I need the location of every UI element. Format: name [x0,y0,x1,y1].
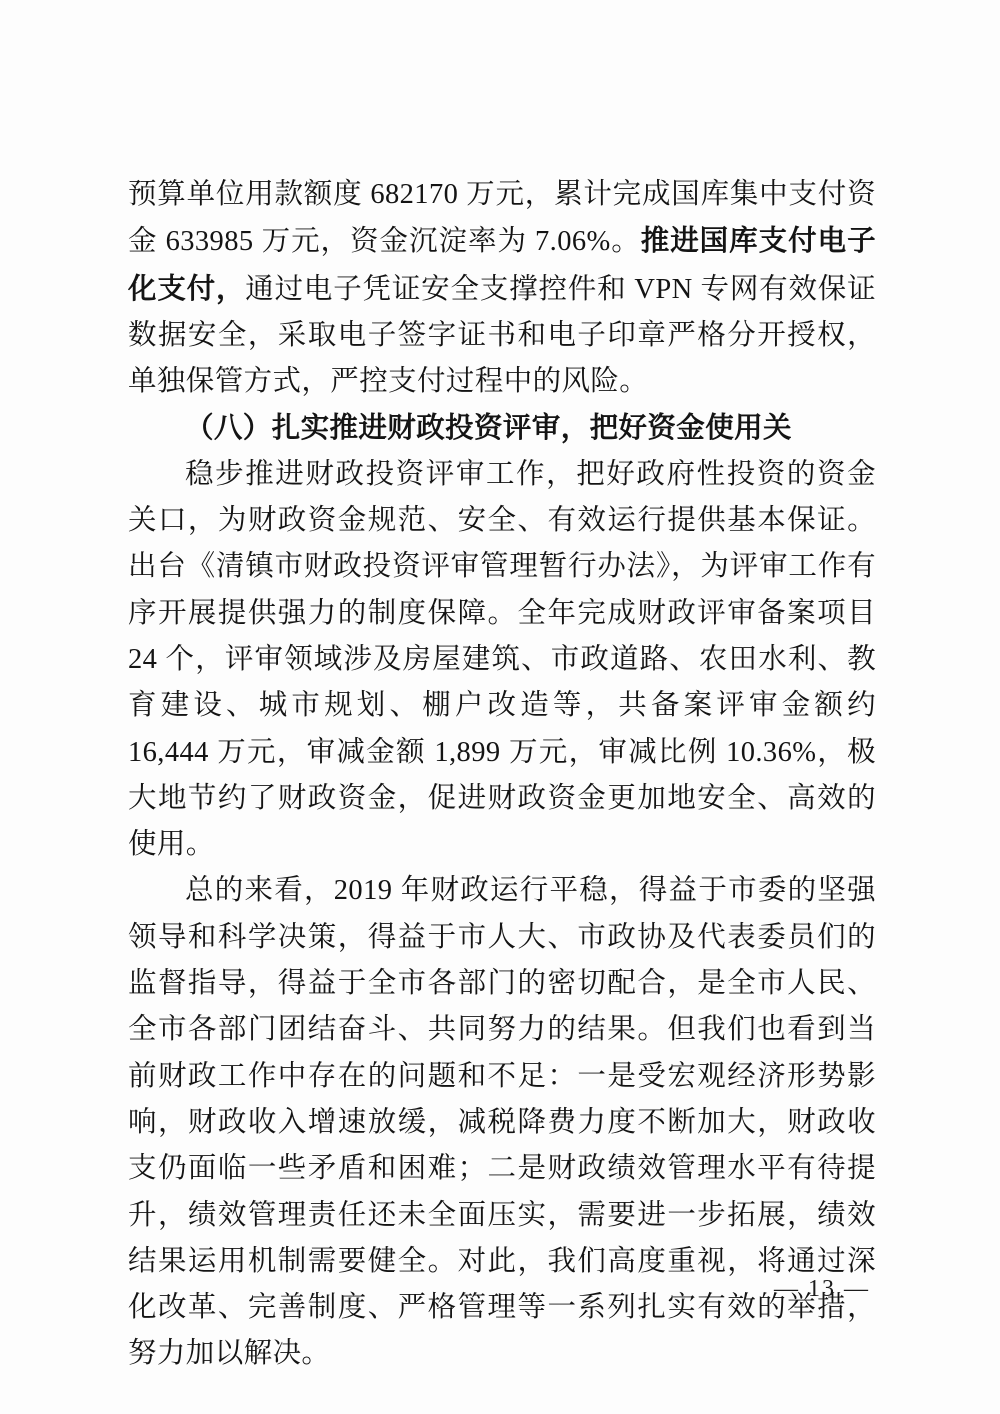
text-run: 稳步推进财政投资评审工作，把好政府性投资的资金关口，为财政资金规范、安全、有效运… [128,459,876,860]
paragraph-treasury-payment: 预算单位用款额度 682170 万元，累计完成国库集中支付资金 633985 万… [128,172,876,405]
text-run: 总的来看，2019 年财政运行平稳，得益于市委的坚强领导和科学决策，得益于市人大… [128,875,876,1369]
page-footer: — 13 — [774,1276,870,1303]
paragraph-investment-review: 稳步推进财政投资评审工作，把好政府性投资的资金关口，为财政资金规范、安全、有效运… [128,452,876,869]
emphasis-text-run: （八）扎实推进财政投资评审，把好资金使用关 [185,412,792,444]
page-number: — 13 — [774,1276,870,1302]
document-content: 预算单位用款额度 682170 万元，累计完成国库集中支付资金 633985 万… [128,172,876,1378]
paragraph-overall-summary: 总的来看，2019 年财政运行平稳，得益于市委的坚强领导和科学决策，得益于市人大… [128,868,876,1377]
document-page: 预算单位用款额度 682170 万元，累计完成国库集中支付资金 633985 万… [0,0,1000,1414]
heading-section-eight: （八）扎实推进财政投资评审，把好资金使用关 [128,405,876,451]
